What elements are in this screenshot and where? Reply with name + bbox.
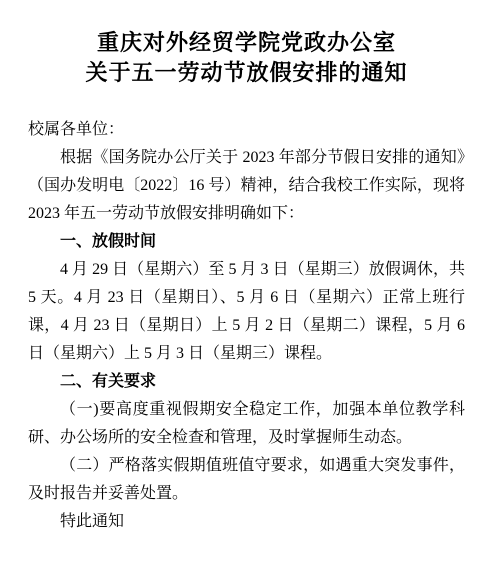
notice-title: 重庆对外经贸学院党政办公室 关于五一劳动节放假安排的通知 [28, 28, 465, 88]
notice-body: 校属各单位： 根据《国务院办公厅关于 2023 年部分节假日安排的通知》（国办发… [28, 116, 465, 536]
section-2-heading: 二、有关要求 [28, 368, 465, 396]
notice-title-line-2: 关于五一劳动节放假安排的通知 [28, 58, 465, 88]
closing-line: 特此通知 [28, 508, 465, 536]
section-2-paragraph-1: （一)要高度重视假期安全稳定工作，加强本单位教学科研、办公场所的安全检查和管理，… [28, 396, 465, 452]
section-2-paragraph-2: （二）严格落实假期值班值守要求，如遇重大突发事件，及时报告并妥善处置。 [28, 452, 465, 508]
salutation: 校属各单位： [28, 116, 465, 144]
notice-document-page: 重庆对外经贸学院党政办公室 关于五一劳动节放假安排的通知 校属各单位： 根据《国… [0, 0, 492, 565]
intro-paragraph: 根据《国务院办公厅关于 2023 年部分节假日安排的通知》（国办发明电〔2022… [28, 144, 465, 228]
section-1-heading: 一、放假时间 [28, 228, 465, 256]
section-1-paragraph-1: 4 月 29 日（星期六）至 5 月 3 日（星期三）放假调休，共 5 天。4 … [28, 256, 465, 368]
notice-title-line-1: 重庆对外经贸学院党政办公室 [28, 28, 465, 58]
